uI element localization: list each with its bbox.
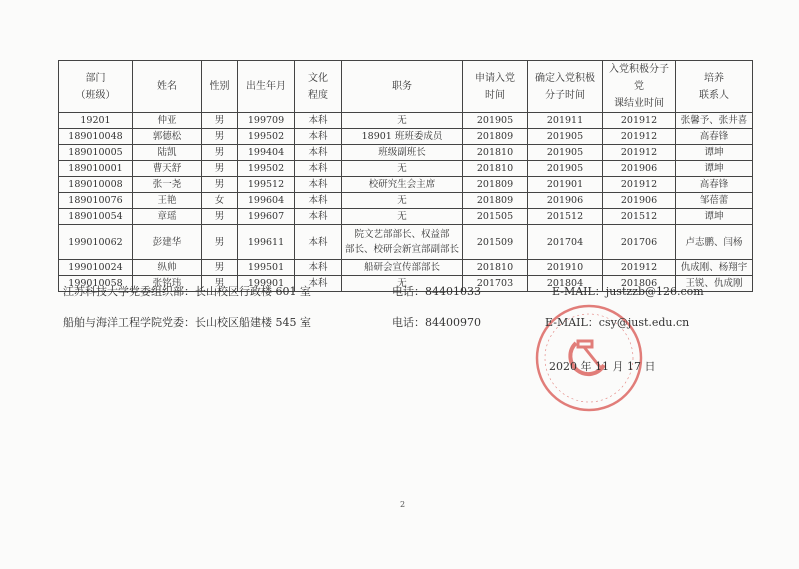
table-cell: 201509 — [463, 225, 528, 260]
table-cell: 201905 — [528, 161, 603, 177]
table-cell: 199502 — [238, 129, 295, 145]
table-cell: 189010008 — [59, 177, 133, 193]
table-cell: 校研究生会主席 — [342, 177, 463, 193]
table-cell: 曹天舒 — [133, 161, 202, 177]
table-cell: 本科 — [295, 145, 342, 161]
table-row: 189010076王艳女199604本科无201809201906201906邹… — [59, 193, 753, 209]
table-cell: 张一尧 — [133, 177, 202, 193]
table-row: 189010008张一尧男199512本科校研究生会主席201809201901… — [59, 177, 753, 193]
table-cell: 201912 — [603, 145, 676, 161]
table-cell: 201809 — [463, 193, 528, 209]
table-cell: 201912 — [603, 129, 676, 145]
table-cell: 无 — [342, 161, 463, 177]
contact-phone-2: 电话：84400970 — [392, 314, 481, 330]
table-cell: 201906 — [603, 193, 676, 209]
table-cell: 199512 — [238, 177, 295, 193]
table-cell: 谭坤 — [676, 209, 753, 225]
table-cell: 男 — [202, 129, 238, 145]
table-cell: 201911 — [528, 113, 603, 129]
table-cell: 189010076 — [59, 193, 133, 209]
table-cell: 院文艺部部长、权益部部长、校研会新宣部副部长 — [342, 225, 463, 260]
contact-org-2: 船舶与海洋工程学院党委：长山校区船建楼 545 室 — [63, 314, 311, 330]
contact-org-1: 江苏科技大学党委组织部：长山校区行政楼 601 室 — [63, 283, 311, 299]
table-cell: 201910 — [528, 260, 603, 276]
table-cell: 201810 — [463, 260, 528, 276]
table-row: 199010024纵帅男199501本科船研会宣传部部长201810201910… — [59, 260, 753, 276]
table-cell: 仇成刚、杨翔宇 — [676, 260, 753, 276]
table-cell: 高春锋 — [676, 129, 753, 145]
table-cell: 章瑶 — [133, 209, 202, 225]
table-cell: 201505 — [463, 209, 528, 225]
table-cell: 男 — [202, 225, 238, 260]
table-cell: 199607 — [238, 209, 295, 225]
table-cell: 189010054 — [59, 209, 133, 225]
table-cell: 199709 — [238, 113, 295, 129]
table-cell: 男 — [202, 209, 238, 225]
table-cell: 199502 — [238, 161, 295, 177]
member-table: 部门（班级）姓名性别出生年月文化程度职务申请入党时间确定入党积极分子时间入党积极… — [58, 60, 753, 292]
table-cell: 189010048 — [59, 129, 133, 145]
page-number: 2 — [400, 500, 405, 509]
table-cell: 女 — [202, 193, 238, 209]
table-cell: 男 — [202, 145, 238, 161]
table-cell: 201912 — [603, 260, 676, 276]
table-cell: 199501 — [238, 260, 295, 276]
column-header: 确定入党积极分子时间 — [528, 61, 603, 113]
table-cell: 本科 — [295, 177, 342, 193]
table-cell: 201809 — [463, 129, 528, 145]
table-cell: 201905 — [528, 129, 603, 145]
table-cell: 无 — [342, 193, 463, 209]
table-cell: 189010005 — [59, 145, 133, 161]
table-cell: 仲亚 — [133, 113, 202, 129]
column-header: 培养联系人 — [676, 61, 753, 113]
table-cell: 19201 — [59, 113, 133, 129]
table-cell: 本科 — [295, 161, 342, 177]
table-cell: 199611 — [238, 225, 295, 260]
table-cell: 201810 — [463, 161, 528, 177]
table-cell: 199604 — [238, 193, 295, 209]
table-body: 19201仲亚男199709本科无201905201911201912张馨予、张… — [59, 113, 753, 292]
table-cell: 陆凯 — [133, 145, 202, 161]
table-row: 189010048郭德松男199502本科18901 班班委成员20180920… — [59, 129, 753, 145]
table-cell: 199010024 — [59, 260, 133, 276]
table-cell: 201512 — [528, 209, 603, 225]
table-cell: 18901 班班委成员 — [342, 129, 463, 145]
table-cell: 本科 — [295, 113, 342, 129]
table-cell: 本科 — [295, 129, 342, 145]
column-header: 申请入党时间 — [463, 61, 528, 113]
column-header: 姓名 — [133, 61, 202, 113]
table-cell: 189010001 — [59, 161, 133, 177]
table-cell: 男 — [202, 161, 238, 177]
column-header: 入党积极分子党课结业时间 — [603, 61, 676, 113]
table-cell: 201706 — [603, 225, 676, 260]
table-cell: 本科 — [295, 209, 342, 225]
table-cell: 卢志鹏、闫杨 — [676, 225, 753, 260]
table-cell: 彭建华 — [133, 225, 202, 260]
table-cell: 男 — [202, 260, 238, 276]
table-cell: 张馨予、张井喜 — [676, 113, 753, 129]
contact-email-1: E-MAIL：justzzb@126.com — [552, 283, 704, 299]
table-cell: 201906 — [528, 193, 603, 209]
table-cell: 班级副班长 — [342, 145, 463, 161]
column-header: 出生年月 — [238, 61, 295, 113]
column-header: 职务 — [342, 61, 463, 113]
table-cell: 男 — [202, 177, 238, 193]
table-cell: 本科 — [295, 225, 342, 260]
table-row: 189010054章瑶男199607本科无201505201512201512谭… — [59, 209, 753, 225]
table-cell: 王艳 — [133, 193, 202, 209]
table-cell: 邹蓓蕾 — [676, 193, 753, 209]
table-cell: 男 — [202, 113, 238, 129]
table-cell: 谭坤 — [676, 161, 753, 177]
table-cell: 本科 — [295, 193, 342, 209]
table-cell: 201512 — [603, 209, 676, 225]
table-row: 19201仲亚男199709本科无201905201911201912张馨予、张… — [59, 113, 753, 129]
table-cell: 纵帅 — [133, 260, 202, 276]
table-row: 189010005陆凯男199404本科班级副班长201810201905201… — [59, 145, 753, 161]
column-header: 部门（班级） — [59, 61, 133, 113]
table-cell: 201905 — [528, 145, 603, 161]
contact-phone-1: 电话：84401033 — [392, 283, 481, 299]
table-cell: 201901 — [528, 177, 603, 193]
table-cell: 199404 — [238, 145, 295, 161]
table-cell: 201704 — [528, 225, 603, 260]
table-cell: 201912 — [603, 113, 676, 129]
table-cell: 高春锋 — [676, 177, 753, 193]
table-cell: 201912 — [603, 177, 676, 193]
table-row: 199010062彭建华男199611本科院文艺部部长、权益部部长、校研会新宣部… — [59, 225, 753, 260]
table-cell: 无 — [342, 209, 463, 225]
table-cell: 本科 — [295, 260, 342, 276]
table-cell: 201905 — [463, 113, 528, 129]
table-cell: 无 — [342, 113, 463, 129]
table-cell: 郭德松 — [133, 129, 202, 145]
table-cell: 199010062 — [59, 225, 133, 260]
table-header-row: 部门（班级）姓名性别出生年月文化程度职务申请入党时间确定入党积极分子时间入党积极… — [59, 61, 753, 113]
column-header: 性别 — [202, 61, 238, 113]
table-cell: 201809 — [463, 177, 528, 193]
table-cell: 201906 — [603, 161, 676, 177]
column-header: 文化程度 — [295, 61, 342, 113]
signature-date: 2020 年 11 月 17 日 — [549, 358, 655, 374]
table-cell: 201810 — [463, 145, 528, 161]
table-row: 189010001曹天舒男199502本科无201810201905201906… — [59, 161, 753, 177]
table-cell: 船研会宣传部部长 — [342, 260, 463, 276]
contact-email-2: E-MAIL：csy@just.edu.cn — [545, 314, 689, 330]
table-cell: 谭坤 — [676, 145, 753, 161]
